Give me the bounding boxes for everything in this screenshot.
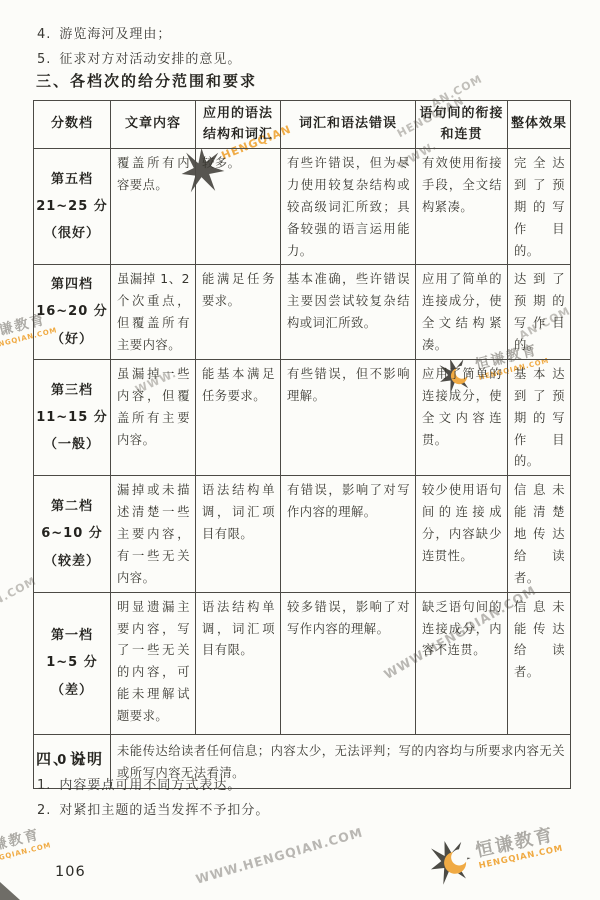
level-grade: （一般） [36,431,108,458]
grammar-cell: 语法结构单调，词汇项目有限。 [196,592,281,734]
level-name: 第五档 [36,166,108,193]
effect-cell: 完全达到了预期的写作目的。 [508,149,571,265]
effect-cell: 基本达到了预期的写作目的。 [508,359,571,475]
cohesion-cell: 有效使用衔接手段，全文结构紧凑。 [416,149,508,265]
section3-heading: 三、各档次的给分范围和要求 [36,70,257,91]
intro-item: 5.征求对方对活动安排的意见。 [37,47,241,72]
cohesion-cell: 应用了简单的连接成分，使全文内容连贯。 [416,359,508,475]
note-item: 2.对紧扣主题的适当发挥不予扣分。 [37,798,269,823]
content-cell: 虽漏掉一些内容，但覆盖所有主要内容。 [111,359,196,475]
item-text: 对紧扣主题的适当发挥不予扣分。 [59,803,269,818]
brand-text-en: HENGQIAN.COM [478,844,564,872]
item-text: 征求对方对活动安排的意见。 [59,52,241,67]
score-cell: 第二档 6~10 分 （较差） [34,476,111,592]
level-range: 21~25 分 [36,193,108,220]
content-cell: 明显遗漏主要内容，写了一些无关的内容，可能未理解试题要求。 [111,592,196,734]
header-cell-errors: 词汇和语法错误 [281,101,416,149]
effect-cell: 信息未能清楚地传达给读者。 [508,476,571,592]
score-cell: 第四档 16~20 分 （好） [34,265,111,360]
item-number: 5. [37,52,51,67]
grammar-cell: 能满足任务要求。 [196,265,281,360]
level-grade: （差） [36,677,108,704]
intro-item: 4.游览海河及理由； [37,22,241,47]
header-row: 分数档 文章内容 应用的语法结构和词汇 词汇和语法错误 语句间的衔接和连贯 整体… [34,101,571,149]
header-cell-score-level: 分数档 [34,101,111,149]
score-cell: 第五档 21~25 分 （很好） [34,149,111,265]
notes-list: 1.内容要点可用不同方式表达。 2.对紧扣主题的适当发挥不予扣分。 [37,773,269,823]
level-range: 16~20 分 [36,298,108,325]
item-number: 4. [37,27,51,42]
header-cell-effect: 整体效果 [508,101,571,149]
content-cell: 覆盖所有内容要点。 [111,149,196,265]
level-name: 第二档 [36,493,108,520]
item-number: 1. [37,778,51,793]
watermark-logo-partial: 恒谦教育 HENGQIAN.COM [0,819,54,883]
page-number: 106 [55,864,86,880]
level-range: 1~5 分 [36,649,108,676]
errors-cell: 较多错误，影响了对写作内容的理解。 [281,592,416,734]
table-row-level4: 第四档 16~20 分 （好） 虽漏掉 1、2 个次重点，但覆盖所有主要内容。 … [34,265,571,360]
grammar-cell: 语法结构单调，词汇项目有限。 [196,476,281,592]
errors-cell: 基本准确，些许错误主要因尝试较复杂结构或词汇所致。 [281,265,416,360]
errors-cell: 有些许错误，但为尽力使用较复杂结构或较高级词汇所致；具备较强的语言运用能力。 [281,149,416,265]
level-name: 第四档 [36,271,108,298]
effect-cell: 信息未能传达给读者。 [508,592,571,734]
level-range: 6~10 分 [36,520,108,547]
level-range: 11~15 分 [36,404,108,431]
cohesion-cell: 较少使用语句间的连接成分，内容缺少连贯性。 [416,476,508,592]
content-cell: 漏掉或未描述清楚一些主要内容，有一些无关内容。 [111,476,196,592]
errors-cell: 有错误，影响了对写作内容的理解。 [281,476,416,592]
brand-text-en: HENGQIAN.COM [0,841,52,866]
brand-text-cn: 恒谦教育 [0,826,50,858]
grammar-cell: 较多。 [196,149,281,265]
table-row-level5: 第五档 21~25 分 （很好） 覆盖所有内容要点。 较多。 有些许错误，但为尽… [34,149,571,265]
score-cell: 第三档 11~15 分 （一般） [34,359,111,475]
item-text: 内容要点可用不同方式表达。 [59,778,241,793]
watermark-url: WWW.HENGQIAN.COM [194,825,365,887]
effect-cell: 达到了预期的写作目的。 [508,265,571,360]
level-grade: （很好） [36,220,108,247]
scoring-table: 分数档 文章内容 应用的语法结构和词汇 词汇和语法错误 语句间的衔接和连贯 整体… [33,100,571,789]
table-row-level3: 第三档 11~15 分 （一般） 虽漏掉一些内容，但覆盖所有主要内容。 能基本满… [34,359,571,475]
grammar-cell: 能基本满足任务要求。 [196,359,281,475]
table-row-level1: 第一档 1~5 分 （差） 明显遗漏主要内容，写了一些无关的内容，可能未理解试题… [34,592,571,734]
corner-scan-artifact [0,882,20,900]
item-text: 游览海河及理由； [59,27,171,42]
errors-cell: 有些错误，但不影响理解。 [281,359,416,475]
content-cell: 虽漏掉 1、2 个次重点，但覆盖所有主要内容。 [111,265,196,360]
cohesion-cell: 应用了简单的连接成分，使全文结构紧凑。 [416,265,508,360]
level-name: 第一档 [36,622,108,649]
header-cell-grammar: 应用的语法结构和词汇 [196,101,281,149]
brand-text-cn: 恒谦教育 [474,824,562,861]
scoring-table-container: 分数档 文章内容 应用的语法结构和词汇 词汇和语法错误 语句间的衔接和连贯 整体… [33,100,571,789]
header-cell-content: 文章内容 [111,101,196,149]
section4-heading: 四、说明 [36,748,104,769]
level-grade: （好） [36,326,108,353]
level-grade: （较差） [36,548,108,575]
score-cell: 第一档 1~5 分 （差） [34,592,111,734]
cohesion-cell: 缺乏语句间的连接成分，内容不连贯。 [416,592,508,734]
header-cell-cohesion: 语句间的衔接和连贯 [416,101,508,149]
level-name: 第三档 [36,377,108,404]
splat-icon [423,833,478,891]
intro-list: 4.游览海河及理由； 5.征求对方对活动安排的意见。 [37,22,241,72]
document-page: AN.COM HENGQIAN WWW. WWW. AN.COM WWW.HEN… [0,0,600,900]
note-item: 1.内容要点可用不同方式表达。 [37,773,269,798]
table-row-level2: 第二档 6~10 分 （较差） 漏掉或未描述清楚一些主要内容，有一些无关内容。 … [34,476,571,592]
item-number: 2. [37,803,51,818]
watermark-logo: 恒谦教育 HENGQIAN.COM [423,814,566,891]
